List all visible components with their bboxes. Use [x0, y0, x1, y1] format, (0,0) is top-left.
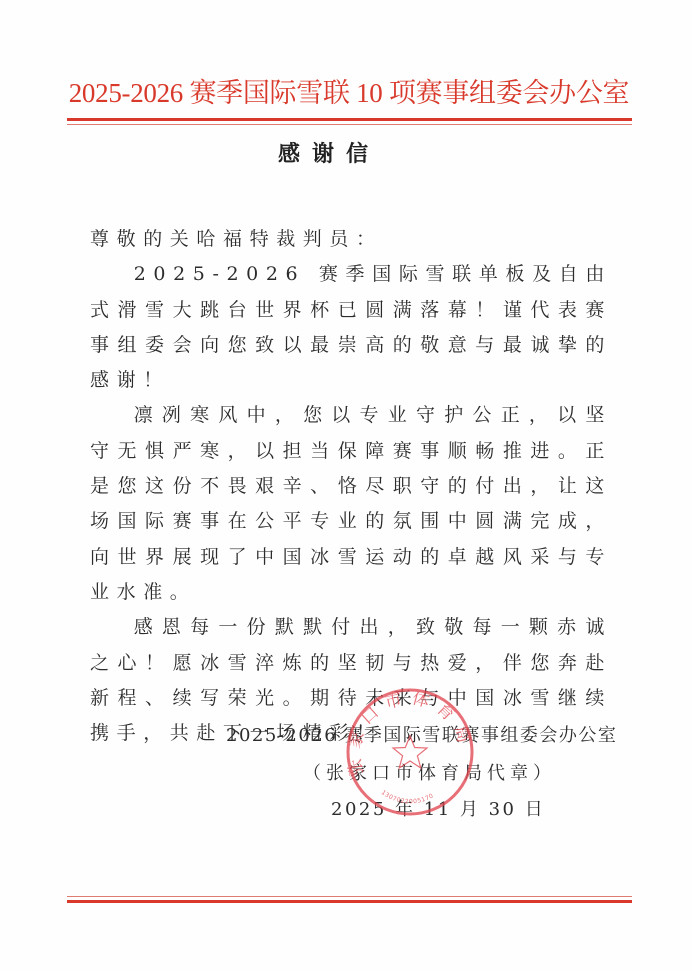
letterhead-title: 2025-2026 赛季国际雪联 10 项赛事组委会办公室 [64, 76, 634, 110]
letter-title: 感谢信 [0, 137, 658, 168]
letterhead-rule-thick [67, 118, 632, 121]
salutation: 尊敬的关哈福特裁判员： [90, 222, 612, 257]
star-icon [393, 736, 427, 768]
footer-rule-thin [67, 896, 632, 897]
paragraph-2: 凛冽寒风中，您以专业守护公正，以坚守无惧严寒，以担当保障赛事顺畅推进。正是您这份… [90, 398, 612, 610]
paragraph-1: 2025-2026 赛季国际雪联单板及自由式滑雪大跳台世界杯已圆满落幕！谨代表赛… [90, 257, 612, 398]
seal-ring-text: 张家口市体育局 [344, 688, 476, 777]
footer-rule-thick [67, 900, 632, 903]
seal-serial: 1307022005170 [380, 789, 435, 805]
official-seal-stamp: 张家口市体育局 1307022005170 [344, 686, 476, 818]
letter-body: 尊敬的关哈福特裁判员： 2025-2026 赛季国际雪联单板及自由式滑雪大跳台世… [90, 222, 612, 751]
letterhead-rule-thin [67, 124, 632, 125]
